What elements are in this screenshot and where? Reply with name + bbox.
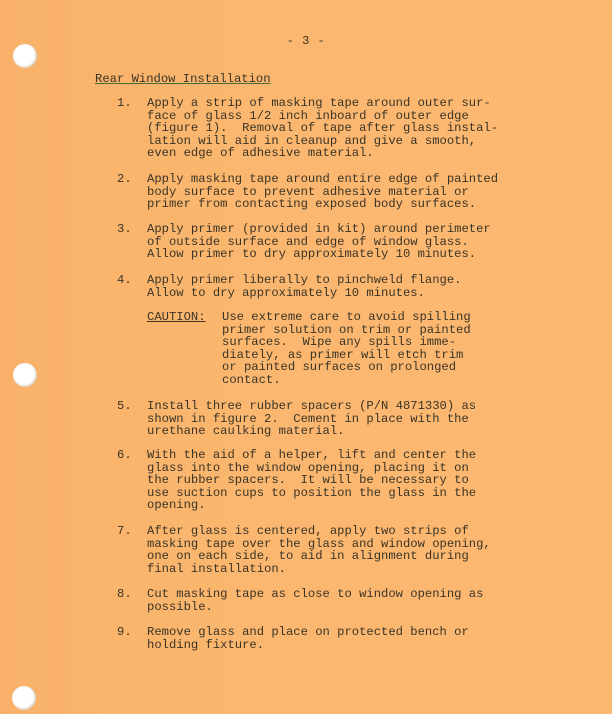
step-item: 5. Install three rubber spacers (P/N 487…: [117, 400, 537, 438]
step-item: 6. With the aid of a helper, lift and ce…: [117, 449, 537, 487]
step-item: 7. After glass is centered, apply two st…: [117, 525, 537, 563]
step-text: Apply masking tape around entire edge of…: [147, 173, 498, 211]
section-title: Rear Window Installation: [95, 72, 271, 86]
step-item: 3. Apply primer (provided in kit) around…: [117, 223, 537, 261]
punch-hole: [12, 686, 36, 710]
step-number: 7.: [117, 525, 132, 538]
caution-label: CAUTION:: [147, 311, 206, 324]
step-text: With the aid of a helper, lift and cente…: [147, 449, 476, 512]
step-text: After glass is centered, apply two strip…: [147, 525, 491, 575]
step-item: 1. Apply a strip of masking tape around …: [117, 97, 537, 135]
page-number: - 3 -: [0, 34, 612, 48]
step-text: Apply primer (provided in kit) around pe…: [147, 223, 491, 261]
step-number: 4.: [117, 274, 132, 287]
step-item: 4. Apply primer liberally to pinchweld f…: [117, 274, 537, 312]
step-number: 8.: [117, 588, 132, 601]
step-text: Install three rubber spacers (P/N 487133…: [147, 400, 476, 438]
step-text: Cut masking tape as close to window open…: [147, 588, 483, 613]
step-text: Apply primer liberally to pinchweld flan…: [147, 274, 462, 299]
step-number: 6.: [117, 449, 132, 462]
punch-hole: [13, 363, 37, 387]
step-number: 2.: [117, 173, 132, 186]
step-item: 8. Cut masking tape as close to window o…: [117, 588, 537, 626]
step-text: Remove glass and place on protected benc…: [147, 626, 469, 651]
step-text: Apply a strip of masking tape around out…: [147, 97, 498, 160]
step-number: 1.: [117, 97, 132, 110]
step-number: 3.: [117, 223, 132, 236]
step-item: 2. Apply masking tape around entire edge…: [117, 173, 537, 211]
step-item: 9. Remove glass and place on protected b…: [117, 626, 537, 664]
caution-note: CAUTION: Use extreme care to avoid spill…: [147, 311, 162, 349]
step-number: 9.: [117, 626, 132, 639]
step-number: 5.: [117, 400, 132, 413]
caution-text: Use extreme care to avoid spilling prime…: [222, 311, 471, 387]
